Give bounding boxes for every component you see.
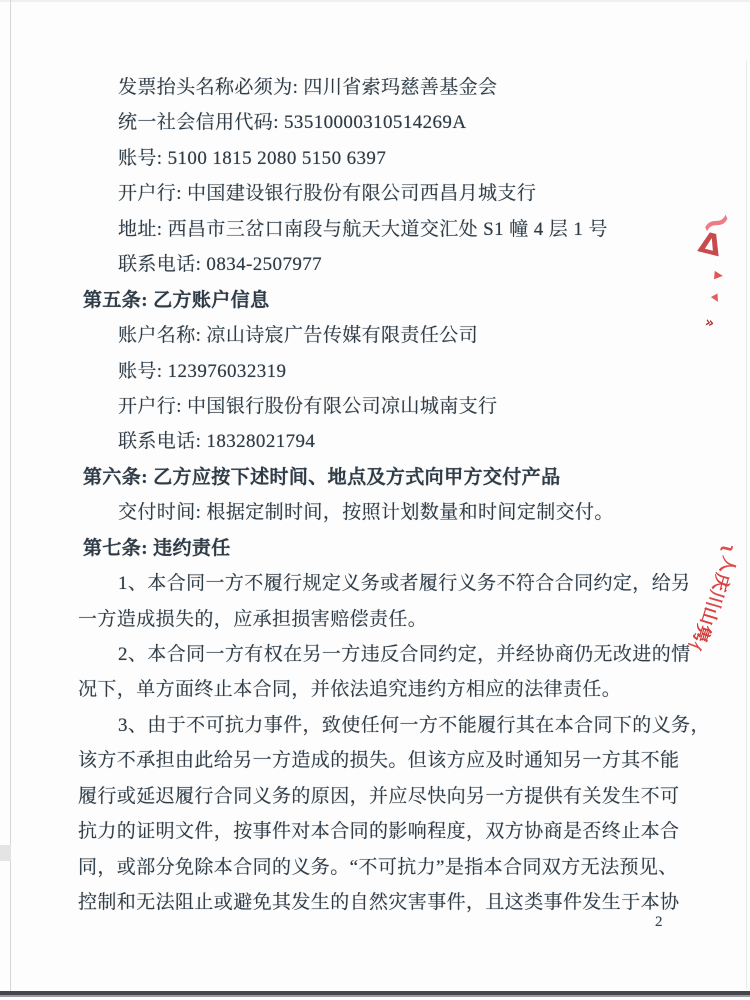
- clause-3-line-6: 控制和无法阻止或避免其发生的自然灾害事件，且这类事件发生于本协: [78, 885, 682, 920]
- line-account-number-b: 账号: 123976032319: [78, 354, 682, 389]
- seal-fragment-icon: Δ: [696, 228, 725, 262]
- clause-3-line-3: 履行或延迟履行合同义务的原因，并应尽快向另一方提供有关发生不可: [78, 779, 682, 814]
- seal-fragment-icon: ▲: [713, 271, 725, 280]
- line-bank-a: 开户行: 中国建设银行股份有限公司西昌月城支行: [78, 176, 682, 211]
- scan-edge-top: [0, 0, 750, 2]
- heading-article-7: 第七条: 违约责任: [78, 531, 682, 566]
- contract-text-block: 发票抬头名称必须为: 四川省索玛慈善基金会 统一社会信用代码: 53510000…: [78, 70, 682, 921]
- scan-edge-notch: [0, 845, 11, 861]
- page-number: 2: [655, 914, 663, 931]
- line-credit-code: 统一社会信用代码: 53510000310514269A: [78, 105, 682, 140]
- line-bank-b: 开户行: 中国银行股份有限公司凉山城南支行: [78, 389, 682, 424]
- clause-3-line-2: 该方不承担由此给另一方造成的损失。但该方应及时通知另一方其不能: [78, 743, 682, 778]
- line-account-number-a: 账号: 5100 1815 2080 5150 6397: [78, 141, 682, 176]
- scan-edge-bottom-shadow: [0, 995, 750, 997]
- line-account-name-b: 账户名称: 凉山诗宸广告传媒有限责任公司: [78, 318, 682, 353]
- scan-edge-left: [10, 0, 11, 992]
- line-address-a: 地址: 西昌市三岔口南段与航天大道交汇处 S1 幢 4 层 1 号: [78, 212, 682, 247]
- seal-fragment-icon: ▲: [710, 292, 722, 305]
- line-phone-a: 联系电话: 0834-2507977: [78, 247, 682, 282]
- clause-3-line-1: 3、由于不可抗力事件，致使任何一方不能履行其在本合同下的义务，: [78, 708, 682, 743]
- seal-fragment-icon: ʅ: [720, 542, 737, 554]
- clause-3-line-5: 同，或部分免除本合同的义务。“不可抗力”是指本合同双方无法预见、: [78, 850, 682, 885]
- clause-2-line-2: 况下，单方面终止本合同，并依法追究违约方相应的法律责任。: [78, 672, 682, 707]
- seal-fragment-icon: »: [704, 315, 716, 331]
- clause-2-line-1: 2、本合同一方有权在另一方违反合同约定，并经协商仍无改进的情: [78, 637, 682, 672]
- clause-3-line-4: 抗力的证明文件，按事件对本合同的影响程度，双方协商是否终止本合: [78, 814, 682, 849]
- clause-1-line-2: 一方造成损失的，应承担损害赔偿责任。: [78, 602, 682, 637]
- heading-article-6: 第六条: 乙方应按下述时间、地点及方式向甲方交付产品: [78, 460, 682, 495]
- line-invoice-title: 发票抬头名称必须为: 四川省索玛慈善基金会: [78, 70, 682, 105]
- line-phone-b: 联系电话: 18328021794: [78, 424, 682, 459]
- scan-edge-right: [746, 60, 747, 990]
- line-delivery-time: 交付时间: 根据定制时间，按照计划数量和时间定制交付。: [78, 495, 682, 530]
- clause-1-line-1: 1、本合同一方不履行规定义务或者履行义务不符合合同约定，给另: [78, 566, 682, 601]
- heading-article-5: 第五条: 乙方账户信息: [78, 283, 682, 318]
- scanned-contract-page: { "doc": { "lines": [ "发票抬头名称必须为: 四川省索玛慈…: [0, 0, 750, 1000]
